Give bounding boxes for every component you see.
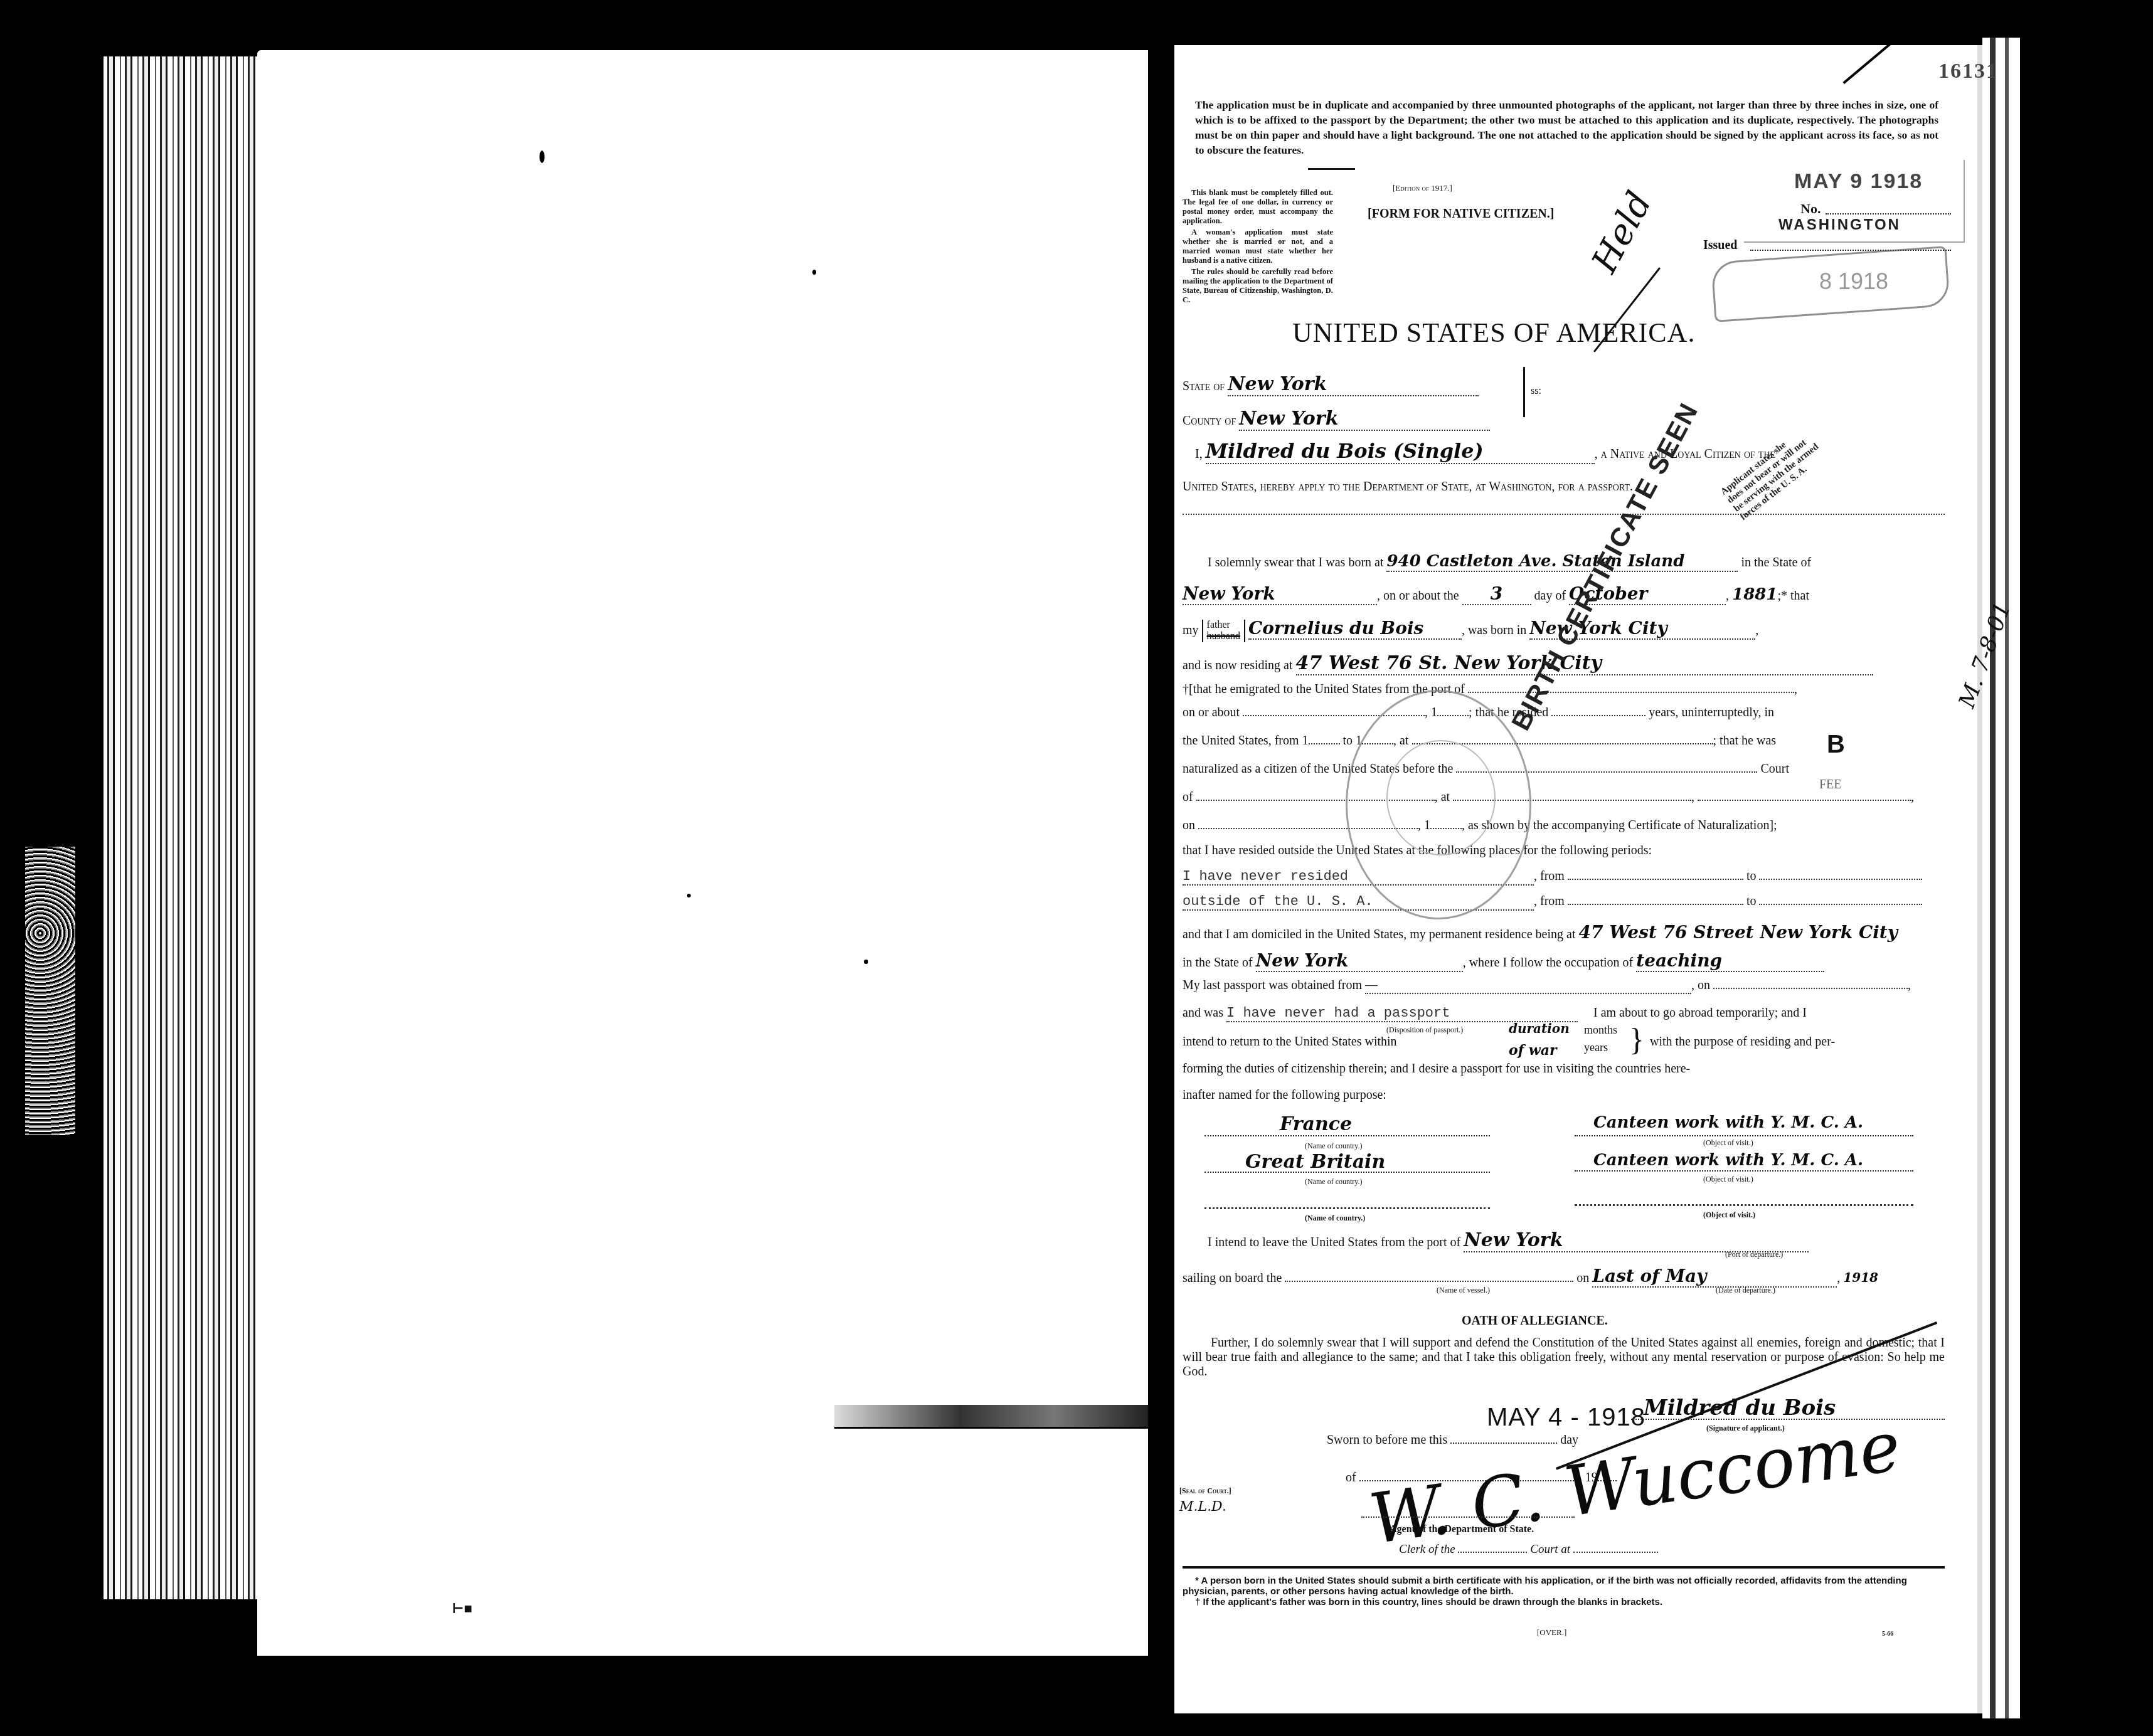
outside-from-field-1: [1568, 879, 1743, 880]
passport-disposition-field: I have never had a passport: [1226, 1005, 1578, 1022]
over-label: [OVER.]: [1537, 1628, 1566, 1638]
last-passport-date-field: [1713, 988, 1908, 989]
months-label: months: [1584, 1024, 1617, 1037]
visit-object-2: Canteen work with Y. M. C. A.: [1593, 1151, 1863, 1170]
last-passport-from-field: —: [1365, 978, 1691, 994]
naturalized-label: ; that he was: [1713, 734, 1777, 748]
stamp-no-field: [1826, 213, 1951, 214]
ink-speck: [687, 894, 691, 897]
sworn-day-field: [1450, 1442, 1557, 1444]
side-note-rules: The rules should be carefully read befor…: [1183, 267, 1333, 305]
country-line-3: [1204, 1207, 1490, 1209]
occupation-row: in the State of New York, where I follow…: [1183, 950, 1824, 972]
permanent-residence-field: 47 West 76 Street New York City: [1578, 922, 1898, 943]
country-line-1: [1204, 1135, 1490, 1136]
seal-label: [Seal of Court.]: [1179, 1486, 1231, 1496]
footnote-birth-certificate: * A person born in the United States sho…: [1183, 1575, 1942, 1597]
us-from-label: the United States, from 1: [1183, 734, 1309, 748]
agent-signature-line: [1361, 1516, 1575, 1518]
book-right-edge: [1982, 38, 2020, 1718]
footer-divider: [1183, 1566, 1945, 1569]
country-caption-3: (Name of country.): [1305, 1214, 1365, 1223]
page-mark: ⊢■: [452, 1601, 472, 1617]
occupation-label: , where I follow the occupation of: [1463, 956, 1634, 970]
side-note-fee: This blank must be completely filled out…: [1183, 188, 1333, 226]
day-label: day: [1560, 1433, 1578, 1447]
resided-years-field: [1551, 715, 1645, 716]
father-residence-field: 47 West 76 St. New York City: [1296, 652, 1873, 675]
vessel-field: [1285, 1281, 1573, 1282]
signature-line: [1631, 1419, 1945, 1420]
object-caption-1: (Object of visit.): [1703, 1138, 1753, 1148]
on-about-label: , on or about the: [1377, 589, 1459, 603]
from-label-2: , from: [1534, 894, 1565, 908]
form-code: 5-66: [1882, 1631, 1893, 1638]
stamp-no-label: No.: [1800, 201, 1821, 217]
b-mark: B: [1827, 731, 1845, 759]
edition-label: [Edition of 1917.]: [1393, 183, 1452, 193]
issued-label: Issued: [1703, 238, 1737, 253]
that-label: ;* that: [1777, 589, 1809, 603]
agent-caption: Agent of the Department of State.: [1390, 1524, 1534, 1535]
on-date-label: on: [1576, 1271, 1589, 1285]
ink-speck: [812, 270, 816, 275]
outside-from-field-2: [1568, 904, 1743, 905]
county-label: County of: [1183, 414, 1236, 428]
page-tab: [834, 1405, 1148, 1429]
received-stamp-place: WASHINGTON: [1778, 216, 1901, 234]
clerk-row: Clerk of the Court at: [1399, 1543, 1658, 1557]
port-caption: (Port of departure.): [1725, 1250, 1783, 1259]
county-row: County of New York: [1183, 408, 1490, 431]
on-label: on: [1183, 818, 1195, 832]
side-note: This blank must be completely filled out…: [1183, 188, 1333, 307]
court-extra-field: [1698, 800, 1911, 801]
birth-place-field: 940 Castleton Ave. Staten Island: [1386, 552, 1738, 572]
father-row: my father husband Cornelius du Bois, was…: [1183, 618, 1758, 642]
oath-title: OATH OF ALLEGIANCE.: [1462, 1314, 1608, 1328]
birth-year-field: 1881: [1732, 585, 1777, 604]
residence-state-field: New York: [1256, 950, 1463, 972]
visit-country-1: France: [1280, 1113, 1352, 1135]
of-year-label: of: [1346, 1471, 1356, 1485]
purpose-label: with the purpose of residing and per-: [1650, 1035, 1835, 1049]
relation-husband-struck: husband: [1207, 631, 1240, 642]
book-gutter: [1148, 50, 1176, 1718]
birth-place-row: I solemnly swear that I was born at 940 …: [1208, 552, 1811, 572]
photo-instructions: The application must be in duplicate and…: [1195, 97, 1938, 157]
on-plain-label: , on: [1691, 978, 1710, 992]
outside-to-field-1: [1759, 879, 1922, 880]
book-page-edges: [104, 56, 267, 1599]
vessel-caption: (Name of vessel.): [1437, 1286, 1490, 1295]
and-was-label: and was: [1183, 1006, 1223, 1020]
return-months-field: duration: [1509, 1021, 1570, 1036]
sailing-label: sailing on board the: [1183, 1271, 1282, 1285]
oath-text: Further, I do solemnly swear that I will…: [1183, 1336, 1945, 1379]
issued-stamp-date: 8 1918: [1819, 268, 1888, 295]
years-label-plain: years: [1584, 1041, 1608, 1054]
birth-day-field: 3: [1462, 583, 1531, 605]
clerk-court-field: [1458, 1552, 1527, 1553]
father-residence-row: and is now residing at 47 West 76 St. Ne…: [1183, 652, 1873, 675]
father-name-field: Cornelius du Bois: [1248, 618, 1462, 640]
from-label: , from: [1534, 869, 1565, 883]
emigrated-port-field: [1468, 692, 1794, 693]
last-passport-row: My last passport was obtained from —, on…: [1183, 978, 1911, 994]
received-stamp-date: MAY 9 1918: [1794, 169, 1923, 194]
clerk-label: Clerk of the: [1399, 1543, 1455, 1556]
birth-date-row: New York, on or about the 3 day of Octob…: [1183, 583, 1809, 605]
birth-state-field: New York: [1183, 583, 1377, 605]
applicant-suffix: , a Native and Loyal Citizen of the: [1595, 447, 1775, 461]
sailing-row: sailing on board the on Last of May, 191…: [1183, 1266, 1878, 1288]
sworn-row: Sworn to before me this day: [1327, 1433, 1578, 1448]
footnotes: * A person born in the United States sho…: [1183, 1575, 1942, 1607]
domicile-row: and that I am domiciled in the United St…: [1183, 922, 1898, 943]
last-passport-label: My last passport was obtained from: [1183, 978, 1362, 992]
country-caption-1: (Name of country.): [1305, 1141, 1363, 1151]
circular-stamp-inner: [1386, 740, 1496, 855]
venue-brace: [1517, 367, 1525, 417]
object-caption-3: (Object of visit.): [1703, 1210, 1755, 1220]
on-or-about-label: on or about: [1183, 706, 1240, 719]
court-at-label: Court at: [1530, 1543, 1570, 1556]
born-state-label: in the State of: [1741, 556, 1811, 569]
county-field: New York: [1239, 408, 1490, 431]
document-title: UNITED STATES OF AMERICA.: [1292, 317, 1695, 349]
sworn-label: Sworn to before me this: [1327, 1433, 1447, 1447]
departure-port-row: I intend to leave the United States from…: [1208, 1229, 1809, 1252]
footnote-father-born: † If the applicant's father was born in …: [1183, 1597, 1942, 1607]
to-plain-label: to: [1746, 869, 1757, 883]
object-caption-2: (Object of visit.): [1703, 1175, 1753, 1184]
residing-label: and is now residing at: [1183, 659, 1293, 672]
court-at-field-2: [1573, 1552, 1658, 1553]
relation-options: father husband: [1202, 620, 1245, 642]
scan-noise: [25, 847, 75, 1135]
seal-annotation: M.L.D.: [1179, 1499, 1226, 1515]
apply-line: United States, hereby apply to the Depar…: [1183, 480, 1633, 494]
disposition-caption: (Disposition of passport.): [1386, 1025, 1463, 1035]
emigrated-row: †[that he emigrated to the United States…: [1183, 682, 1797, 697]
outside-row-2: outside of the U. S. A., from to: [1183, 894, 1922, 911]
relation-father: father: [1207, 620, 1240, 631]
header-rule: [1308, 168, 1355, 170]
sworn-date-stamp: MAY 4 - 1918: [1487, 1404, 1645, 1432]
object-line-1: [1575, 1135, 1913, 1136]
state-field: New York: [1228, 373, 1479, 396]
side-note-woman: A woman's application must state whether…: [1183, 228, 1333, 265]
ink-speck: [864, 960, 868, 964]
country-line-2: [1204, 1172, 1490, 1173]
blank-line: [1183, 505, 1945, 515]
return-row: intend to return to the United States wi…: [1183, 1035, 1397, 1049]
date-caption: (Date of departure.): [1716, 1286, 1775, 1295]
outside-to-field-2: [1759, 904, 1922, 905]
leave-port-label: I intend to leave the United States from…: [1208, 1236, 1460, 1249]
applicant-row: I, Mildred du Bois (Single), a Native an…: [1195, 439, 1775, 464]
country-caption-2: (Name of country.): [1305, 1177, 1363, 1187]
ss-label: ss:: [1531, 386, 1541, 397]
in-state-label: in the State of: [1183, 956, 1253, 970]
disposition-row: and was I have never had a passport I am…: [1183, 1005, 1807, 1022]
applicant-name-field: Mildred du Bois (Single): [1206, 439, 1595, 464]
departure-date-field: Last of May: [1592, 1266, 1837, 1288]
inafter-line: inafter named for the following purpose:: [1183, 1088, 1386, 1103]
return-brace: }: [1629, 1024, 1644, 1055]
occupation-field: teaching: [1636, 950, 1824, 972]
return-label: intend to return to the United States wi…: [1183, 1035, 1397, 1049]
state-row: State of New York: [1183, 373, 1479, 396]
fee-mark: FEE: [1819, 778, 1842, 792]
from-year-field: [1309, 743, 1340, 744]
object-line-2: [1575, 1170, 1913, 1172]
court-location-row: of , at , ,: [1183, 790, 1914, 805]
departure-port-field: New York: [1464, 1229, 1809, 1252]
to-plain-label-2: to: [1746, 894, 1757, 908]
day-of-label: day of: [1534, 589, 1566, 603]
applicant-prefix: I,: [1195, 447, 1203, 461]
domiciled-label: and that I am domiciled in the United St…: [1183, 928, 1575, 941]
form-type-label: [FORM FOR NATIVE CITIZEN.]: [1368, 207, 1554, 221]
visit-country-2: Great Britain: [1245, 1151, 1385, 1173]
object-line-3: [1575, 1204, 1913, 1206]
born-label: I solemnly swear that I was born at: [1208, 556, 1383, 569]
document-number: 16131: [1938, 60, 1998, 83]
of-label: of: [1183, 790, 1193, 804]
outside-row-1: I have never resided, from to: [1183, 869, 1922, 886]
court-label: Court: [1760, 762, 1789, 776]
departure-year-field: 1918: [1843, 1270, 1878, 1285]
duties-line: forming the duties of citizenship therei…: [1183, 1062, 1690, 1076]
abroad-label: I am about to go abroad temporarily; and…: [1593, 1006, 1807, 1020]
state-label: State of: [1183, 379, 1225, 393]
father-born-label: , was born in: [1462, 623, 1526, 637]
ink-speck: [540, 151, 545, 163]
years-label: years, uninterruptedly, in: [1649, 706, 1774, 719]
return-years-field: of war: [1509, 1042, 1557, 1059]
visit-object-1: Canteen work with Y. M. C. A.: [1593, 1113, 1863, 1132]
my-label: my: [1183, 623, 1199, 637]
